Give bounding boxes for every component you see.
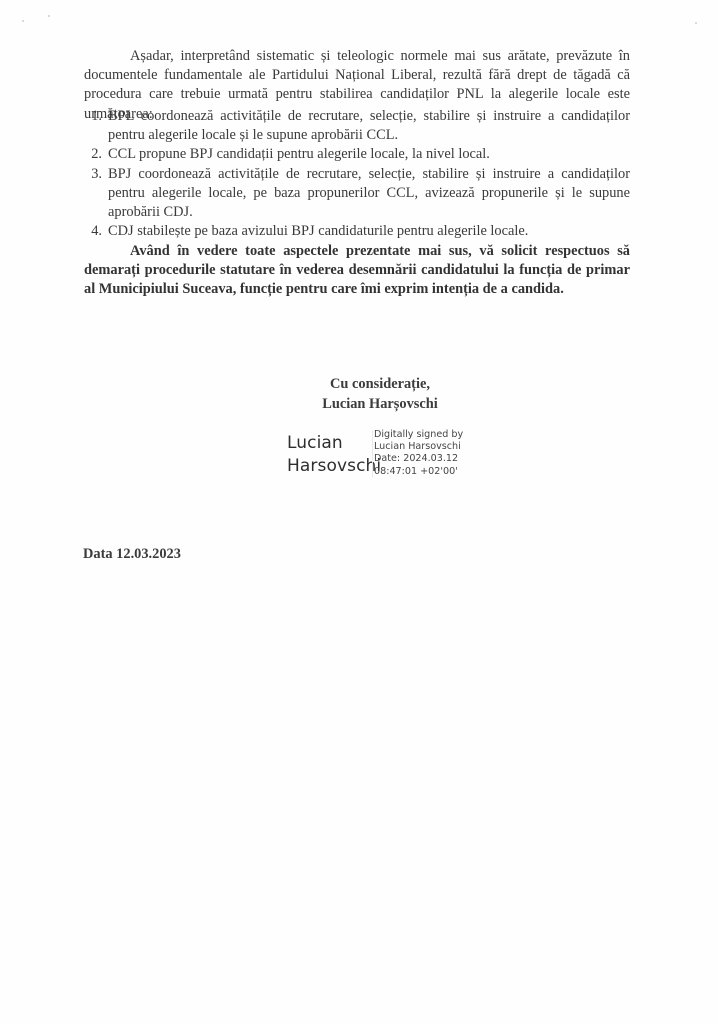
document-date: Data 12.03.2023: [83, 546, 181, 563]
document-page: Așadar, interpretând sistematic și teleo…: [0, 0, 718, 1024]
step-number: 3.: [84, 165, 102, 184]
step-text: BPL coordonează activitățile de recrutar…: [108, 108, 630, 143]
salutation: Cu considerație,: [270, 374, 490, 394]
signature-last-name: Harsovschi: [287, 455, 381, 478]
step-number: 1.: [84, 107, 102, 126]
scan-artifact: [22, 20, 24, 22]
request-paragraph: Având în vedere toate aspectele prezenta…: [84, 242, 630, 300]
signature-detail-line: Date: 2024.03.12: [374, 453, 463, 465]
signature-detail-line: Lucian Harsovschi: [374, 441, 463, 453]
signer-name: Lucian Harșovschi: [270, 394, 490, 414]
procedure-step: 1. BPL coordonează activitățile de recru…: [108, 107, 630, 145]
procedure-list: 1. BPL coordonează activitățile de recru…: [84, 107, 630, 241]
signature-first-name: Lucian: [287, 432, 381, 455]
digital-signature[interactable]: Lucian Harsovschi Digitally signed by Lu…: [287, 429, 487, 479]
step-number: 2.: [84, 145, 102, 164]
signature-divider: [372, 431, 373, 477]
procedure-step: 2. CCL propune BPJ candidații pentru ale…: [108, 145, 630, 164]
step-text: BPJ coordonează activitățile de recrutar…: [108, 166, 630, 220]
signature-name: Lucian Harsovschi: [287, 432, 381, 478]
signature-details: Digitally signed by Lucian Harsovschi Da…: [374, 429, 463, 478]
procedure-step: 3. BPJ coordonează activitățile de recru…: [108, 165, 630, 223]
step-number: 4.: [84, 222, 102, 241]
scan-artifact: [695, 22, 697, 24]
closing-block: Cu considerație, Lucian Harșovschi: [270, 374, 490, 414]
signature-detail-line: Digitally signed by: [374, 429, 463, 441]
step-text: CCL propune BPJ candidații pentru aleger…: [108, 146, 490, 162]
scan-artifact: [48, 15, 50, 17]
step-text: CDJ stabilește pe baza avizului BPJ cand…: [108, 223, 528, 239]
signature-detail-line: 08:47:01 +02'00': [374, 466, 463, 478]
procedure-step: 4. CDJ stabilește pe baza avizului BPJ c…: [108, 222, 630, 241]
